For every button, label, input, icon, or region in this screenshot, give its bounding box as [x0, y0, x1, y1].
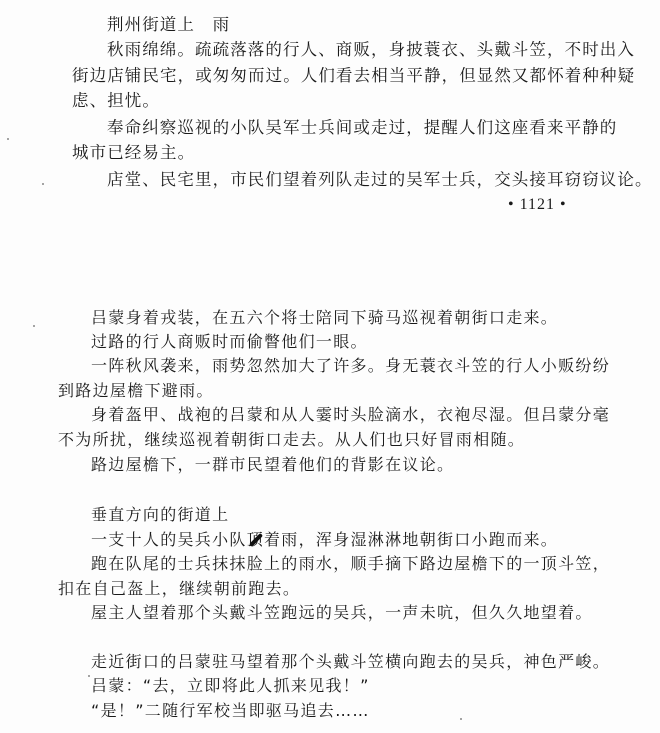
paragraph-line: 扣在自己盔上，继续朝前跑去。 — [58, 579, 300, 599]
paragraph-line: 到路边屋檐下避雨。 — [58, 381, 214, 401]
scene-heading: 垂直方向的街道上 — [91, 505, 229, 525]
scanned-script-page: 荆州街道上 雨 秋雨绵绵。疏疏落落的行人、商贩，身披蓑衣、头戴斗笠，不时出入 街… — [0, 0, 660, 733]
paragraph-line: 一支十人的吴兵小队顶着雨，浑身湿淋淋地朝街口小跑而来。 — [91, 530, 558, 550]
paragraph-line: 跑在队尾的士兵抹抹脸上的雨水，顺手摘下路边屋檐下的一顶斗笠， — [91, 554, 610, 574]
scan-speck — [88, 675, 90, 677]
paragraph-line: 秋雨绵绵。疏疏落落的行人、商贩，身披蓑衣、头戴斗笠，不时出入 — [107, 40, 635, 60]
paragraph-line: 路边屋檐下，一群市民望着他们的背影在议论。 — [91, 455, 454, 475]
dialogue-line: “是！”二随行军校当即驱马追去…… — [91, 701, 370, 721]
page-number: • 1121 • — [508, 196, 567, 214]
paragraph-line: 不为所扰，继续巡视着朝街口走去。从人们也只好冒雨相随。 — [58, 430, 525, 450]
scan-speck — [33, 325, 35, 327]
paragraph-line: 一阵秋风袭来，雨势忽然加大了许多。身无蓑衣斗笠的行人小贩纷纷 — [91, 356, 610, 376]
scan-speck — [580, 660, 582, 662]
scan-speck — [7, 138, 9, 140]
paragraph-line: 街边店铺民宅，或匆匆而过。人们看去相当平静，但显然又都怀着种种疑 — [72, 66, 635, 86]
paragraph-line: 虑、担忧。 — [72, 91, 160, 111]
paragraph-line: 屋主人望着那个头戴斗笠跑远的吴兵，一声未吭，但久久地望着。 — [91, 603, 593, 623]
paragraph-line: 店堂、民宅里，市民们望着列队走过的吴军士兵，交头接耳窃窃议论。 — [107, 170, 653, 190]
scan-speck — [42, 183, 44, 185]
paragraph-line: 走近街口的吕蒙驻马望着那个头戴斗笠横向跑去的吴兵，神色严峻。 — [91, 652, 610, 672]
scene-heading: 荆州街道上 雨 — [107, 15, 230, 35]
dialogue-line: 吕蒙：“去，立即将此人抓来见我！” — [91, 676, 370, 696]
paragraph-line: 身着盔甲、战袍的吕蒙和从人霎时头脸滴水，衣袍尽湿。但吕蒙分毫 — [91, 405, 610, 425]
paragraph-line: 奉命纠察巡视的小队吴军士兵间或走过，提醒人们这座看来平静的 — [107, 118, 617, 138]
paragraph-line: 吕蒙身着戎装，在五六个将士陪同下骑马巡视着朝街口走来。 — [91, 308, 558, 328]
scan-speck — [460, 718, 462, 720]
paragraph-line: 过路的行人商贩时而偷瞥他们一眼。 — [91, 332, 368, 352]
paragraph-line: 城市已经易主。 — [72, 143, 195, 163]
